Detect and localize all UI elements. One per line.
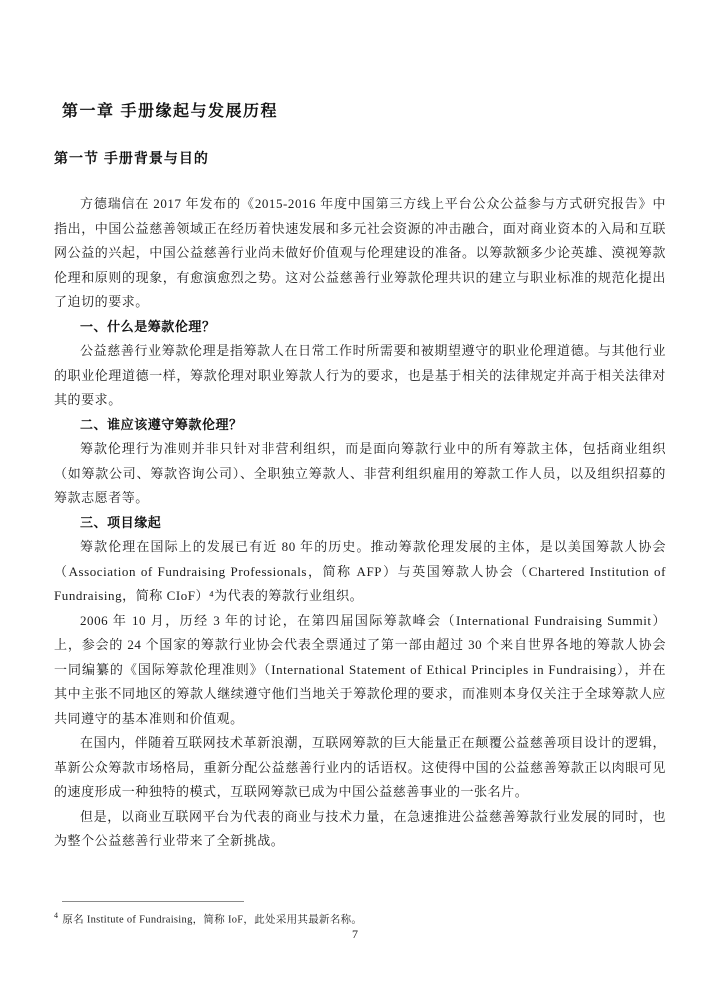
body-text: 方德瑞信在 2017 年发布的《2015-2016 年度中国第三方线上平台公众公… — [54, 192, 666, 854]
page-content: 第一章 手册缘起与发展历程 第一节 手册背景与目的 方德瑞信在 2017 年发布… — [54, 0, 666, 854]
subheading-who-complies: 二、谁应该遵守筹款伦理？ — [54, 413, 666, 438]
footnote: 4原名 Institute of Fundraising，简称 IoF，此处采用… — [54, 909, 666, 928]
footnote-text: 原名 Institute of Fundraising，简称 IoF，此处采用其… — [62, 915, 362, 926]
subheading-what-is-ethics: 一、什么是筹款伦理？ — [54, 315, 666, 340]
page-number: 7 — [0, 927, 710, 942]
footnote-area: 4原名 Institute of Fundraising，简称 IoF，此处采用… — [54, 901, 666, 928]
paragraph-what-is-ethics: 公益慈善行业筹款伦理是指筹款人在日常工作时所需要和被期望遵守的职业伦理道德。与其… — [54, 339, 666, 413]
section-heading: 第一节 手册背景与目的 — [54, 150, 666, 167]
document-page: 第一章 手册缘起与发展历程 第一节 手册背景与目的 方德瑞信在 2017 年发布… — [0, 0, 710, 1004]
footnote-separator — [62, 901, 244, 902]
paragraph-who-complies: 筹款伦理行为准则并非只针对非营利组织，而是面向筹款行业中的所有筹款主体，包括商业… — [54, 437, 666, 511]
subheading-project-origin: 三、项目缘起 — [54, 511, 666, 536]
paragraph-challenge: 但是，以商业互联网平台为代表的商业与技术力量，在急速推进公益慈善筹款行业发展的同… — [54, 805, 666, 854]
paragraph-history: 筹款伦理在国际上的发展已有近 80 年的历史。推动筹款伦理发展的主体，是以美国筹… — [54, 535, 666, 609]
paragraph-intro: 方德瑞信在 2017 年发布的《2015-2016 年度中国第三方线上平台公众公… — [54, 192, 666, 315]
paragraph-domestic: 在国内，伴随着互联网技术革新浪潮，互联网筹款的巨大能量正在颠覆公益慈善项目设计的… — [54, 731, 666, 805]
chapter-heading: 第一章 手册缘起与发展历程 — [62, 0, 666, 122]
footnote-marker: 4 — [54, 911, 58, 920]
paragraph-summit-2006: 2006 年 10 月，历经 3 年的讨论，在第四届国际筹款峰会（Interna… — [54, 609, 666, 732]
